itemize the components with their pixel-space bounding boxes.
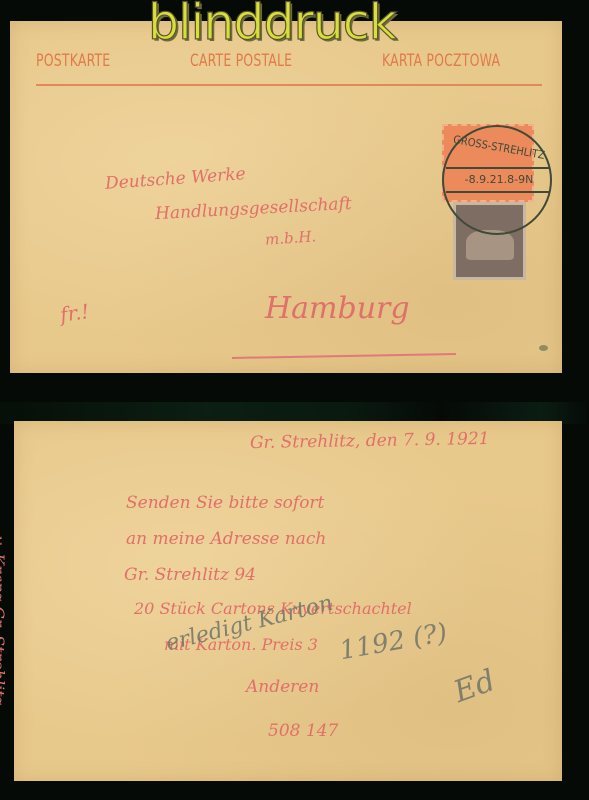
postmark-bar-bottom xyxy=(446,191,550,193)
pencil-note-3: Ed xyxy=(449,663,500,710)
ink-smudge xyxy=(539,345,548,351)
address-note: fr.! xyxy=(58,299,90,327)
back-dateline: Gr. Strehlitz, den 7. 9. 1921 xyxy=(250,429,490,453)
header-carte-postale: CARTE POSTALE xyxy=(190,51,292,71)
postmark-town: GROSS-STREHLITZ xyxy=(452,133,547,162)
pencil-note-2: 1192 (?) xyxy=(337,618,449,666)
address-line-1: Deutsche Werke xyxy=(104,164,246,194)
city-underline-flourish xyxy=(232,353,456,359)
message-line-1: Senden Sie bitte sofort xyxy=(126,493,324,513)
message-line-2: an meine Adresse nach xyxy=(126,529,326,549)
message-line-3: Gr. Strehlitz 94 xyxy=(124,565,256,585)
postmark-cancel: GROSS-STREHLITZ -8.9.21.8-9N xyxy=(442,125,552,235)
postmark-date: -8.9.21.8-9N xyxy=(448,173,550,186)
sender-vertical: v. Kranz Gr. Strehlitz xyxy=(0,536,8,705)
blinddruck-watermark: blinddruck xyxy=(148,0,396,51)
header-postkarte: POSTKARTE xyxy=(36,51,110,71)
address-line-2: Handlungsgesellschaft xyxy=(155,194,353,224)
message-line-6: Anderen xyxy=(246,677,319,697)
header-divider xyxy=(36,84,542,86)
postmark-bar-top xyxy=(446,167,550,169)
address-city: Hamburg xyxy=(265,291,410,326)
postcard-back: Gr. Strehlitz, den 7. 9. 1921 Senden Sie… xyxy=(14,421,562,781)
header-karta-pocztowa: KARTA POCZTOWA xyxy=(382,51,500,71)
address-line-3: m.b.H. xyxy=(264,227,316,249)
message-line-7: 508 147 xyxy=(268,721,338,741)
postcard-front: POSTKARTE CARTE POSTALE KARTA POCZTOWA G… xyxy=(10,21,562,373)
